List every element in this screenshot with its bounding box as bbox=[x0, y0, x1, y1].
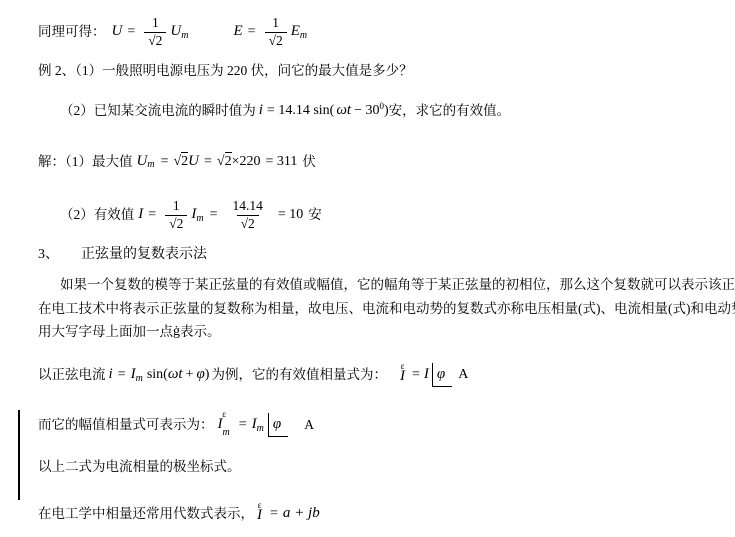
example2-question1: 例 2、（1）一般照明电源电压为 220 伏，问它的最大值是多少？ bbox=[38, 62, 413, 80]
fraction-denominator: √2 bbox=[165, 215, 187, 232]
radical-sign: √ bbox=[148, 33, 155, 48]
solution2-line: （2）有效值 I = 1 √2 Im = 14.14 √2 = 10 安 bbox=[60, 192, 322, 238]
fraction-1414-over-sqrt2: 14.14 √2 bbox=[226, 198, 268, 231]
var-omega-t: ωt bbox=[168, 365, 183, 385]
phasor-dot-symbol: ġ bbox=[173, 323, 180, 341]
var-i-cap: I bbox=[424, 365, 429, 385]
rms-mid: 为例，它的有效值相量式为： bbox=[211, 366, 387, 384]
phasor-i: ε I bbox=[400, 362, 405, 383]
algebraic-form-line: 在电工学中相量还常用代数式表示， ε I = a + jb bbox=[38, 496, 320, 532]
sin-open: sin( bbox=[147, 366, 168, 384]
equals-sign: = bbox=[148, 206, 156, 224]
fraction-1-over-sqrt2: 1 √2 bbox=[165, 198, 187, 231]
var-em: E bbox=[291, 22, 300, 42]
radicand: 2 bbox=[276, 32, 283, 48]
paragraph-line1: 如果一个复数的模等于某正弦量的有效值或幅值，它的幅角等于某正弦量的初相位，那么这… bbox=[60, 276, 735, 294]
angle-phi: φ bbox=[432, 363, 452, 387]
subscript-m: m bbox=[196, 212, 203, 225]
unit-ampere: 安 bbox=[308, 206, 322, 224]
subscript-m: m bbox=[147, 158, 154, 171]
unit-a: A bbox=[304, 416, 314, 434]
paragraph3-post: 表示。 bbox=[180, 323, 221, 341]
equals-sign: = bbox=[161, 153, 169, 171]
section3-title: 正弦量的复数表示法 bbox=[81, 246, 207, 264]
rms-phasor-line: 以正弦电流 i = Im sin( ωt + φ ) 为例，它的有效值相量式为：… bbox=[38, 356, 468, 394]
radicand: 2 bbox=[181, 152, 188, 171]
paragraph1-text: 如果一个复数的模等于某正弦量的有效值或幅值，它的幅角等于某正弦量的初相位，那么这… bbox=[60, 276, 735, 294]
fraction-numerator: 1 bbox=[167, 198, 186, 214]
algebraic-rhs: a + jb bbox=[283, 504, 320, 524]
radical-sign: √ bbox=[169, 216, 176, 231]
var-u: U bbox=[112, 22, 123, 42]
radical-sign: √ bbox=[241, 216, 248, 231]
equals-10: = 10 bbox=[278, 206, 303, 224]
var-e: E bbox=[234, 22, 243, 42]
fraction-numerator: 1 bbox=[146, 15, 165, 31]
equals-sign: = bbox=[210, 206, 218, 224]
paragraph3-pre: 用大写字母上面加一点 bbox=[38, 323, 173, 341]
subscript-m: m bbox=[300, 29, 307, 42]
phasor-base-i: I bbox=[257, 509, 262, 522]
radical-sign: √ bbox=[269, 33, 276, 48]
var-i: i bbox=[259, 101, 263, 121]
plus-sign: + bbox=[186, 366, 194, 384]
algebraic-pre: 在电工学中相量还常用代数式表示， bbox=[38, 505, 254, 523]
formula-mid: = 14.14 sin( bbox=[267, 102, 334, 120]
revision-bar bbox=[18, 410, 20, 500]
document-page: 同理可得： U = 1 √2 Um E = 1 √2 Em 例 2、（1）一般照… bbox=[0, 0, 735, 537]
unit-volt: 伏 bbox=[302, 153, 316, 171]
var-u: U bbox=[188, 152, 199, 172]
radical-sign: √ bbox=[217, 153, 225, 171]
question2-post: 安，求它的有效值。 bbox=[389, 102, 511, 120]
fraction-denominator: √2 bbox=[237, 215, 259, 232]
var-i: i bbox=[109, 365, 113, 385]
equals-sign: = bbox=[412, 366, 420, 384]
var-um: U bbox=[137, 152, 148, 172]
solution1-line: 解：（1）最大值 Um = √2U = √2×220 = 311 伏 bbox=[38, 152, 316, 172]
radicand: 2 bbox=[248, 215, 255, 231]
radicand: 2 bbox=[156, 32, 163, 48]
radicand: 2 bbox=[225, 152, 232, 171]
superscript-0: 0 bbox=[380, 101, 385, 113]
polar-note-text: 以上二式为电流相量的极坐标式。 bbox=[38, 458, 241, 476]
intro-formula-line: 同理可得： U = 1 √2 Um E = 1 √2 Em bbox=[38, 8, 308, 56]
rms-pre: 以正弦电流 bbox=[38, 366, 106, 384]
equals-sign: = bbox=[204, 153, 212, 171]
var-i-cap: I bbox=[138, 205, 143, 225]
fraction-denominator: √2 bbox=[265, 32, 287, 49]
fraction-numerator: 14.14 bbox=[226, 198, 268, 214]
fraction-1-over-sqrt2: 1 √2 bbox=[265, 15, 287, 48]
paragraph-line3: 用大写字母上面加一点 ġ 表示。 bbox=[38, 323, 221, 341]
subscript-m: m bbox=[136, 372, 143, 385]
minus-30: − 30 bbox=[354, 102, 379, 120]
equals-sign: = bbox=[127, 23, 135, 41]
radical-sign: √ bbox=[173, 153, 181, 171]
phasor-base-i: I bbox=[400, 370, 405, 383]
unit-a: A bbox=[458, 366, 468, 384]
section3-number: 3、 bbox=[38, 246, 59, 264]
var-phi: φ bbox=[196, 365, 204, 385]
equals-sign: = bbox=[248, 23, 256, 41]
phasor-i: ε I bbox=[257, 501, 262, 522]
var-omega-t: ωt bbox=[336, 101, 351, 121]
polar-note-line: 以上二式为电流相量的极坐标式。 bbox=[38, 458, 241, 476]
example2-question2: （2）已知某交流电流的瞬时值为 i = 14.14 sin( ωt − 30 0… bbox=[60, 101, 510, 121]
section3-heading: 3、 正弦量的复数表示法 bbox=[38, 246, 207, 264]
subscript-m: m bbox=[181, 29, 188, 42]
equals-311: = 311 bbox=[266, 153, 298, 171]
solution2-pre: （2）有效值 bbox=[60, 206, 134, 224]
phasor-base-im: Im bbox=[218, 418, 231, 435]
subscript-m: m bbox=[223, 427, 230, 438]
phasor-base-letter: I bbox=[218, 416, 223, 432]
amplitude-phasor-line: 而它的幅值相量式可表示为： ε Im = Im φ A bbox=[38, 404, 314, 446]
subscript-m: m bbox=[257, 422, 264, 435]
phasor-im: ε Im bbox=[218, 410, 231, 435]
solution1-pre: 解：（1）最大值 bbox=[38, 153, 133, 171]
fraction-numerator: 1 bbox=[266, 15, 285, 31]
equals-sign: = bbox=[270, 505, 278, 523]
radicand: 2 bbox=[177, 215, 184, 231]
equals-sign: = bbox=[239, 416, 247, 434]
amp-pre: 而它的幅值相量式可表示为： bbox=[38, 416, 214, 434]
close-paren: ) bbox=[205, 366, 210, 384]
angle-phi: φ bbox=[268, 413, 288, 437]
fraction-denominator: √2 bbox=[144, 32, 166, 49]
question1-text: 例 2、（1）一般照明电源电压为 220 伏，问它的最大值是多少？ bbox=[38, 62, 413, 80]
paragraph2-text: 在电工技术中将表示正弦量的复数称为相量，故电压、电流和电动势的复数式亦称电压相量… bbox=[38, 300, 735, 318]
fraction-1-over-sqrt2: 1 √2 bbox=[144, 15, 166, 48]
question2-pre: （2）已知某交流电流的瞬时值为 bbox=[60, 102, 256, 120]
equals-sign: = bbox=[118, 366, 126, 384]
times-220: ×220 bbox=[232, 153, 261, 171]
paragraph-line2: 在电工技术中将表示正弦量的复数称为相量，故电压、电流和电动势的复数式亦称电压相量… bbox=[38, 300, 735, 318]
var-um: U bbox=[170, 22, 181, 42]
intro-label: 同理可得： bbox=[38, 23, 106, 41]
